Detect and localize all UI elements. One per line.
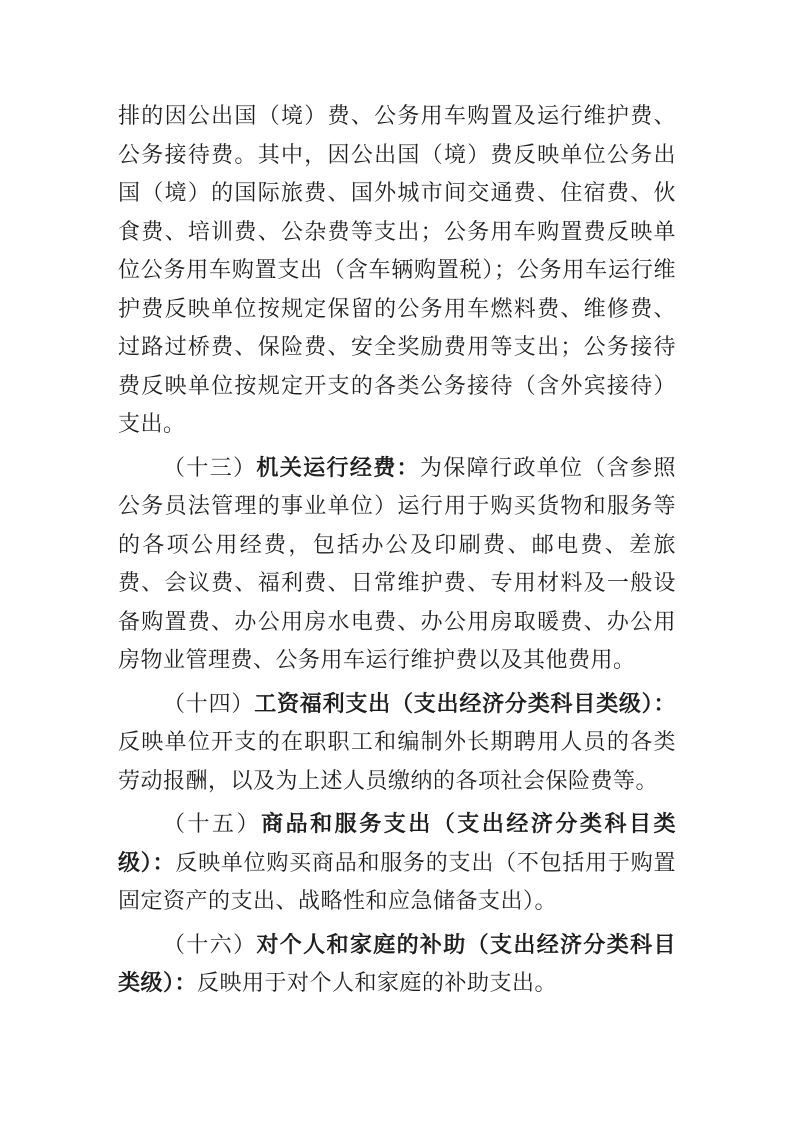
text-run: 反映用于对个人和家庭的补助支出。 <box>197 970 557 995</box>
section-term-bold: 机关运行经费： <box>256 455 420 480</box>
text-run: （十四） <box>163 691 254 716</box>
text-run: （十三） <box>163 455 256 480</box>
paragraph-continuation-three-public-expenses: 排的因公出国（境）费、公务用车购置及运行维护费、公务接待费。其中，因公出国（境）… <box>118 97 676 444</box>
text-run: 排的因公出国（境）费、公务用车购置及运行维护费、公务接待费。其中，因公出国（境）… <box>118 103 676 436</box>
section-term-bold: 工资福利支出（支出经济分类科目类级）： <box>254 691 676 716</box>
text-run: 为保障行政单位（含参照公务员法管理的事业单位）运行用于购买货物和服务等的各项公用… <box>118 455 676 673</box>
paragraph-section-16-subsidies-individuals-families: （十六）对个人和家庭的补助（支出经济分类科目类级）：反映用于对个人和家庭的补助支… <box>118 926 676 1003</box>
document-page: 排的因公出国（境）费、公务用车购置及运行维护费、公务接待费。其中，因公出国（境）… <box>0 0 793 1122</box>
document-body: 排的因公出国（境）费、公务用车购置及运行维护费、公务接待费。其中，因公出国（境）… <box>118 97 676 1003</box>
paragraph-section-15-goods-services-expenditure: （十五）商品和服务支出（支出经济分类科目类级）：反映单位购买商品和服务的支出（不… <box>118 805 676 921</box>
text-run: 反映单位开支的在职职工和编制外长期聘用人员的各类劳动报酬，以及为上述人员缴纳的各… <box>118 729 676 793</box>
text-run: （十五） <box>163 811 261 836</box>
text-run: 反映单位购买商品和服务的支出（不包括用于购置固定资产的支出、战略性和应急储备支出… <box>118 850 676 914</box>
text-run: （十六） <box>163 932 256 957</box>
paragraph-section-14-wages-welfare-expenditure: （十四）工资福利支出（支出经济分类科目类级）：反映单位开支的在职职工和编制外长期… <box>118 685 676 801</box>
paragraph-section-13-agency-operating-funds: （十三）机关运行经费：为保障行政单位（含参照公务员法管理的事业单位）运行用于购买… <box>118 449 676 680</box>
